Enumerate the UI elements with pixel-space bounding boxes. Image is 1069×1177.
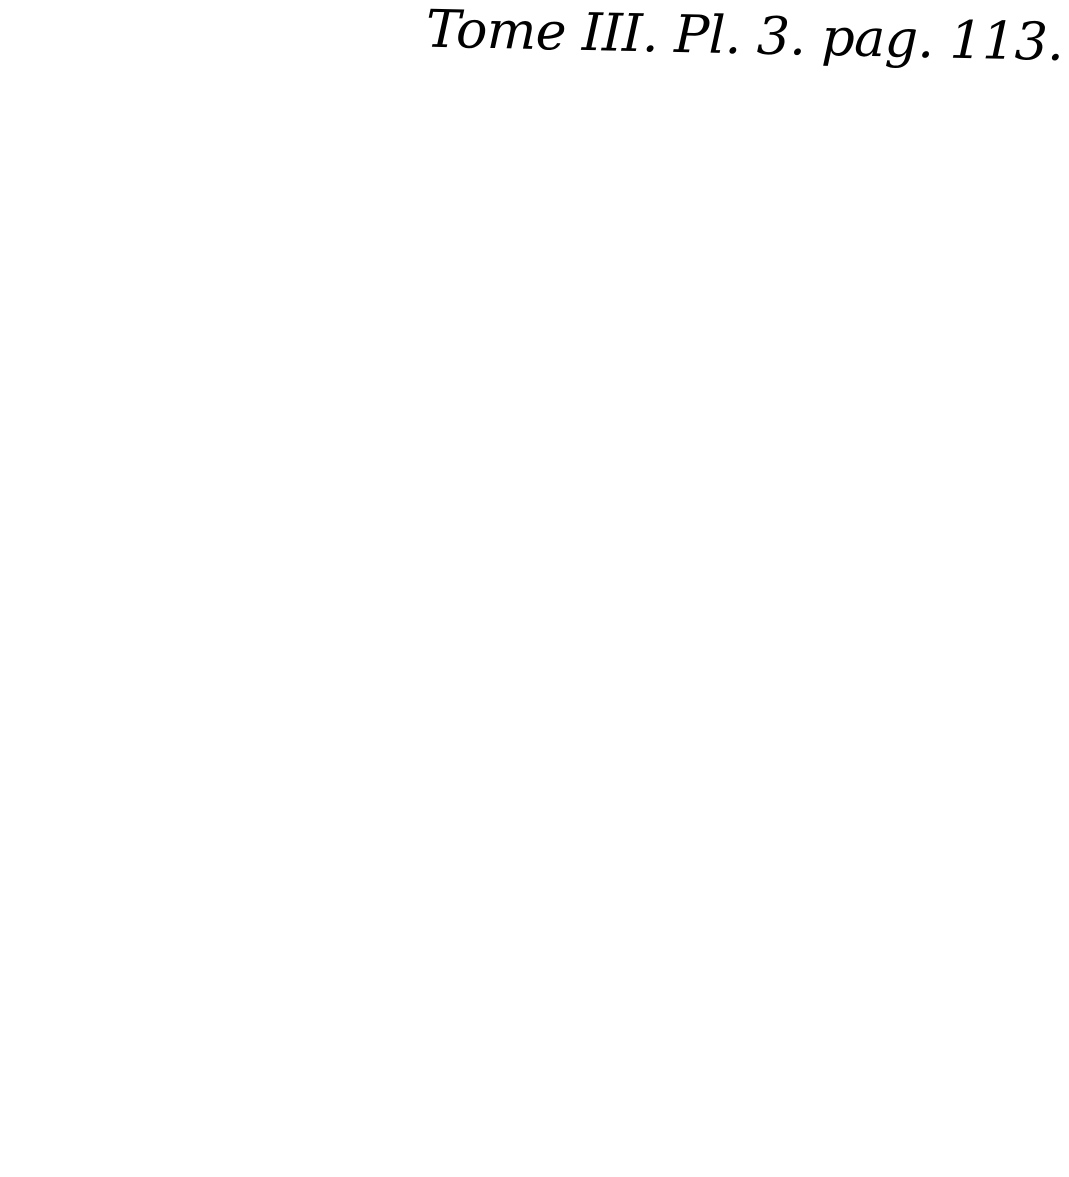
plate-caption: Tome III. Pl. 3. pag. 113. xyxy=(425,0,1064,73)
engraving-canvas: Tome III. Pl. 3. pag. 113. xyxy=(0,0,1069,1177)
engraved-plate-page: Tome III. Pl. 3. pag. 113. xyxy=(0,0,1069,1177)
